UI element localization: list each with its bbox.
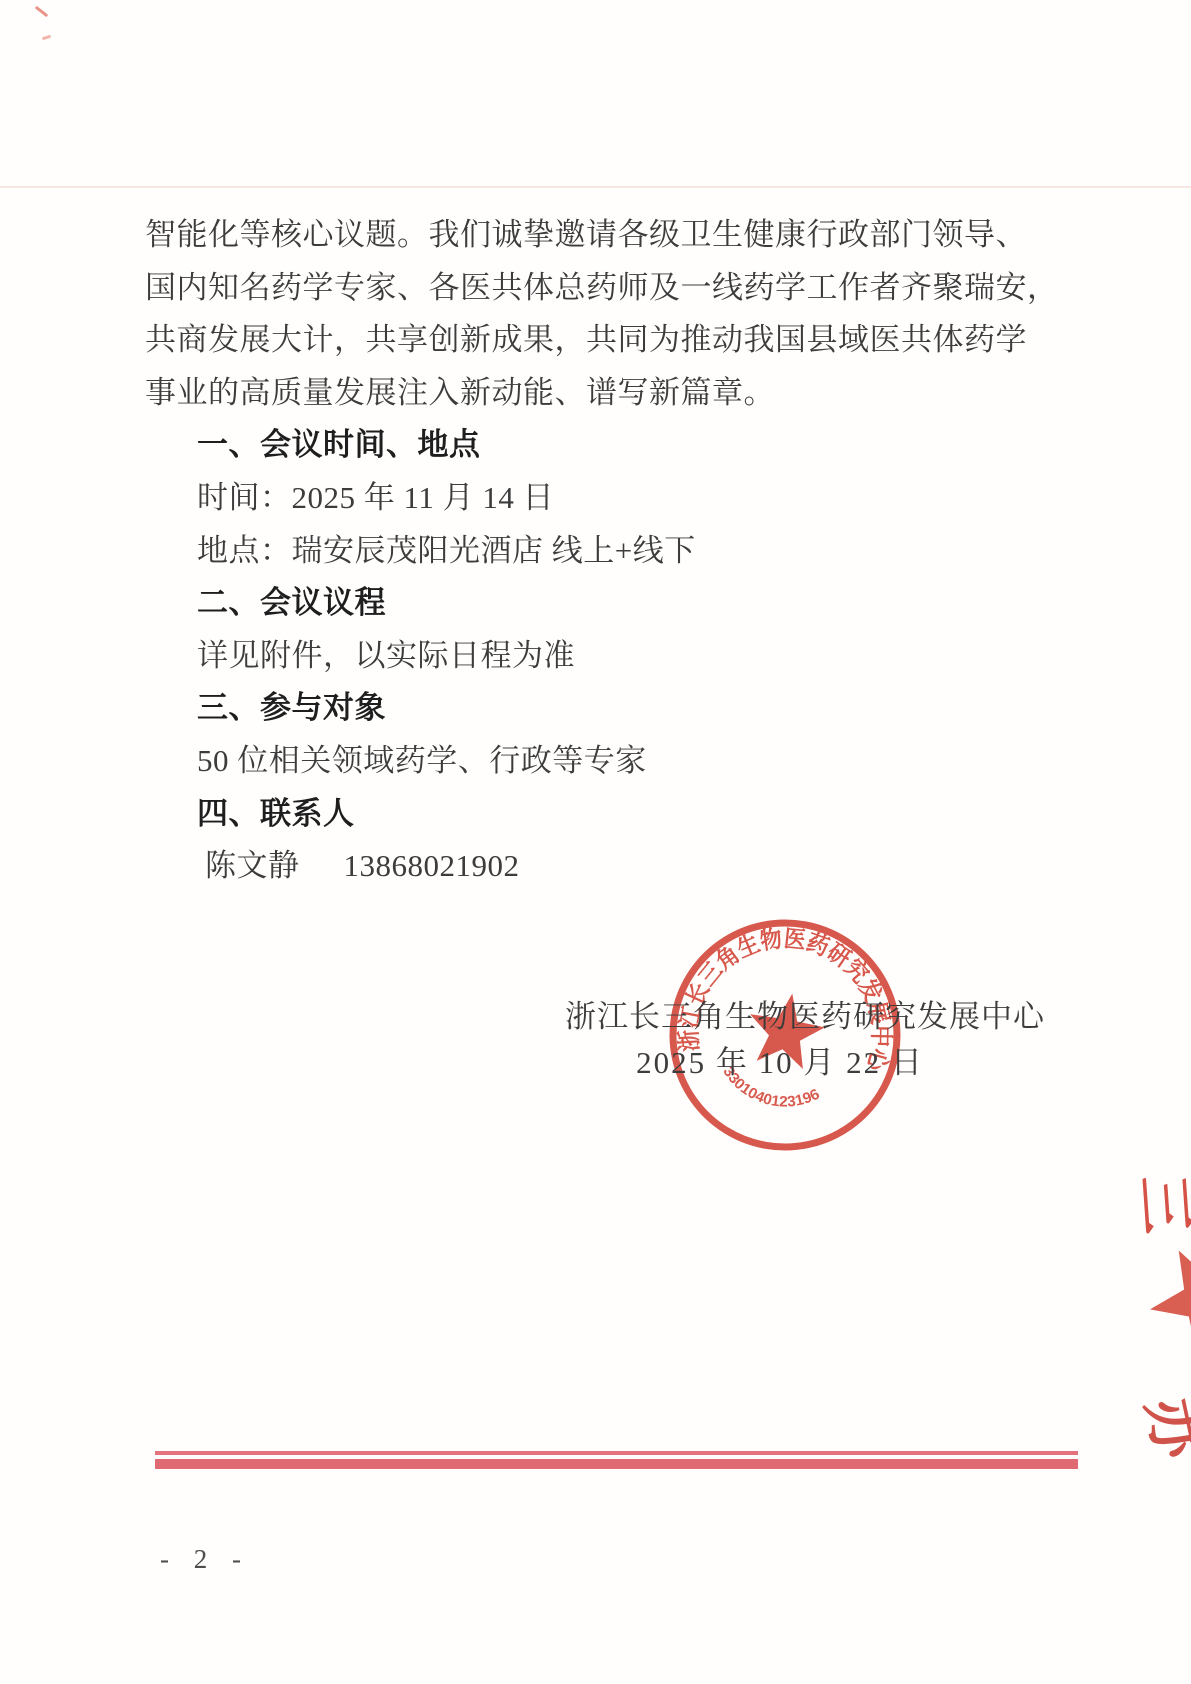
- meeting-place-line: 地点：瑞安辰茂阳光酒店 线上+线下: [145, 525, 1050, 578]
- paragraph-line: 事业的高质量发展注入新动能、谱写新篇章。: [145, 367, 1050, 420]
- contact-phone: 13868021902: [344, 848, 520, 883]
- paragraph-line: 智能化等核心议题。我们诚挚邀请各级卫生健康行政部门领导、: [145, 209, 1050, 262]
- footer-divider-rule: [155, 1451, 1078, 1469]
- edge-stamp-star-icon: [1121, 1216, 1191, 1384]
- scan-artifact-line: [0, 186, 1191, 188]
- signature-date: 2025 年 10 月 22 日: [565, 1040, 995, 1086]
- page-number: - 2 -: [160, 1544, 250, 1575]
- section-heading-1: 一、会议时间、地点: [145, 419, 1050, 472]
- section-heading-4: 四、联系人: [145, 788, 1050, 841]
- edge-stamp-fragment: 办: [1130, 1389, 1191, 1466]
- agenda-line: 详见附件，以实际日程为准: [145, 630, 1050, 683]
- contact-name: 陈文静: [205, 848, 300, 883]
- participants-line: 50 位相关领域药学、行政等专家: [145, 735, 1050, 788]
- document-body: 智能化等核心议题。我们诚挚邀请各级卫生健康行政部门领导、 国内知名药学专家、各医…: [145, 209, 1050, 893]
- meeting-time-line: 时间：2025 年 11 月 14 日: [145, 472, 1050, 525]
- section-heading-3: 三、参与对象: [145, 682, 1050, 735]
- paragraph-line: 国内知名药学专家、各医共体总药师及一线药学工作者齐聚瑞安，: [145, 262, 1050, 315]
- red-ink-mark: [35, 6, 49, 18]
- document-page: 智能化等核心议题。我们诚挚邀请各级卫生健康行政部门领导、 国内知名药学专家、各医…: [0, 0, 1191, 1684]
- red-ink-mark: [42, 35, 51, 41]
- edge-stamp-fragment: 三: [1126, 1172, 1191, 1236]
- contact-line: 陈文静13868021902: [145, 840, 1050, 893]
- signature-organization: 浙江长三角生物医药研究发展中心: [565, 994, 995, 1040]
- footer-rule-thick-line: [155, 1459, 1078, 1469]
- signature-block: 浙江长三角生物医药研究发展中心 2025 年 10 月 22 日: [565, 994, 995, 1086]
- section-heading-2: 二、会议议程: [145, 577, 1050, 630]
- paragraph-line: 共商发展大计，共享创新成果，共同为推动我国县域医共体药学: [145, 314, 1050, 367]
